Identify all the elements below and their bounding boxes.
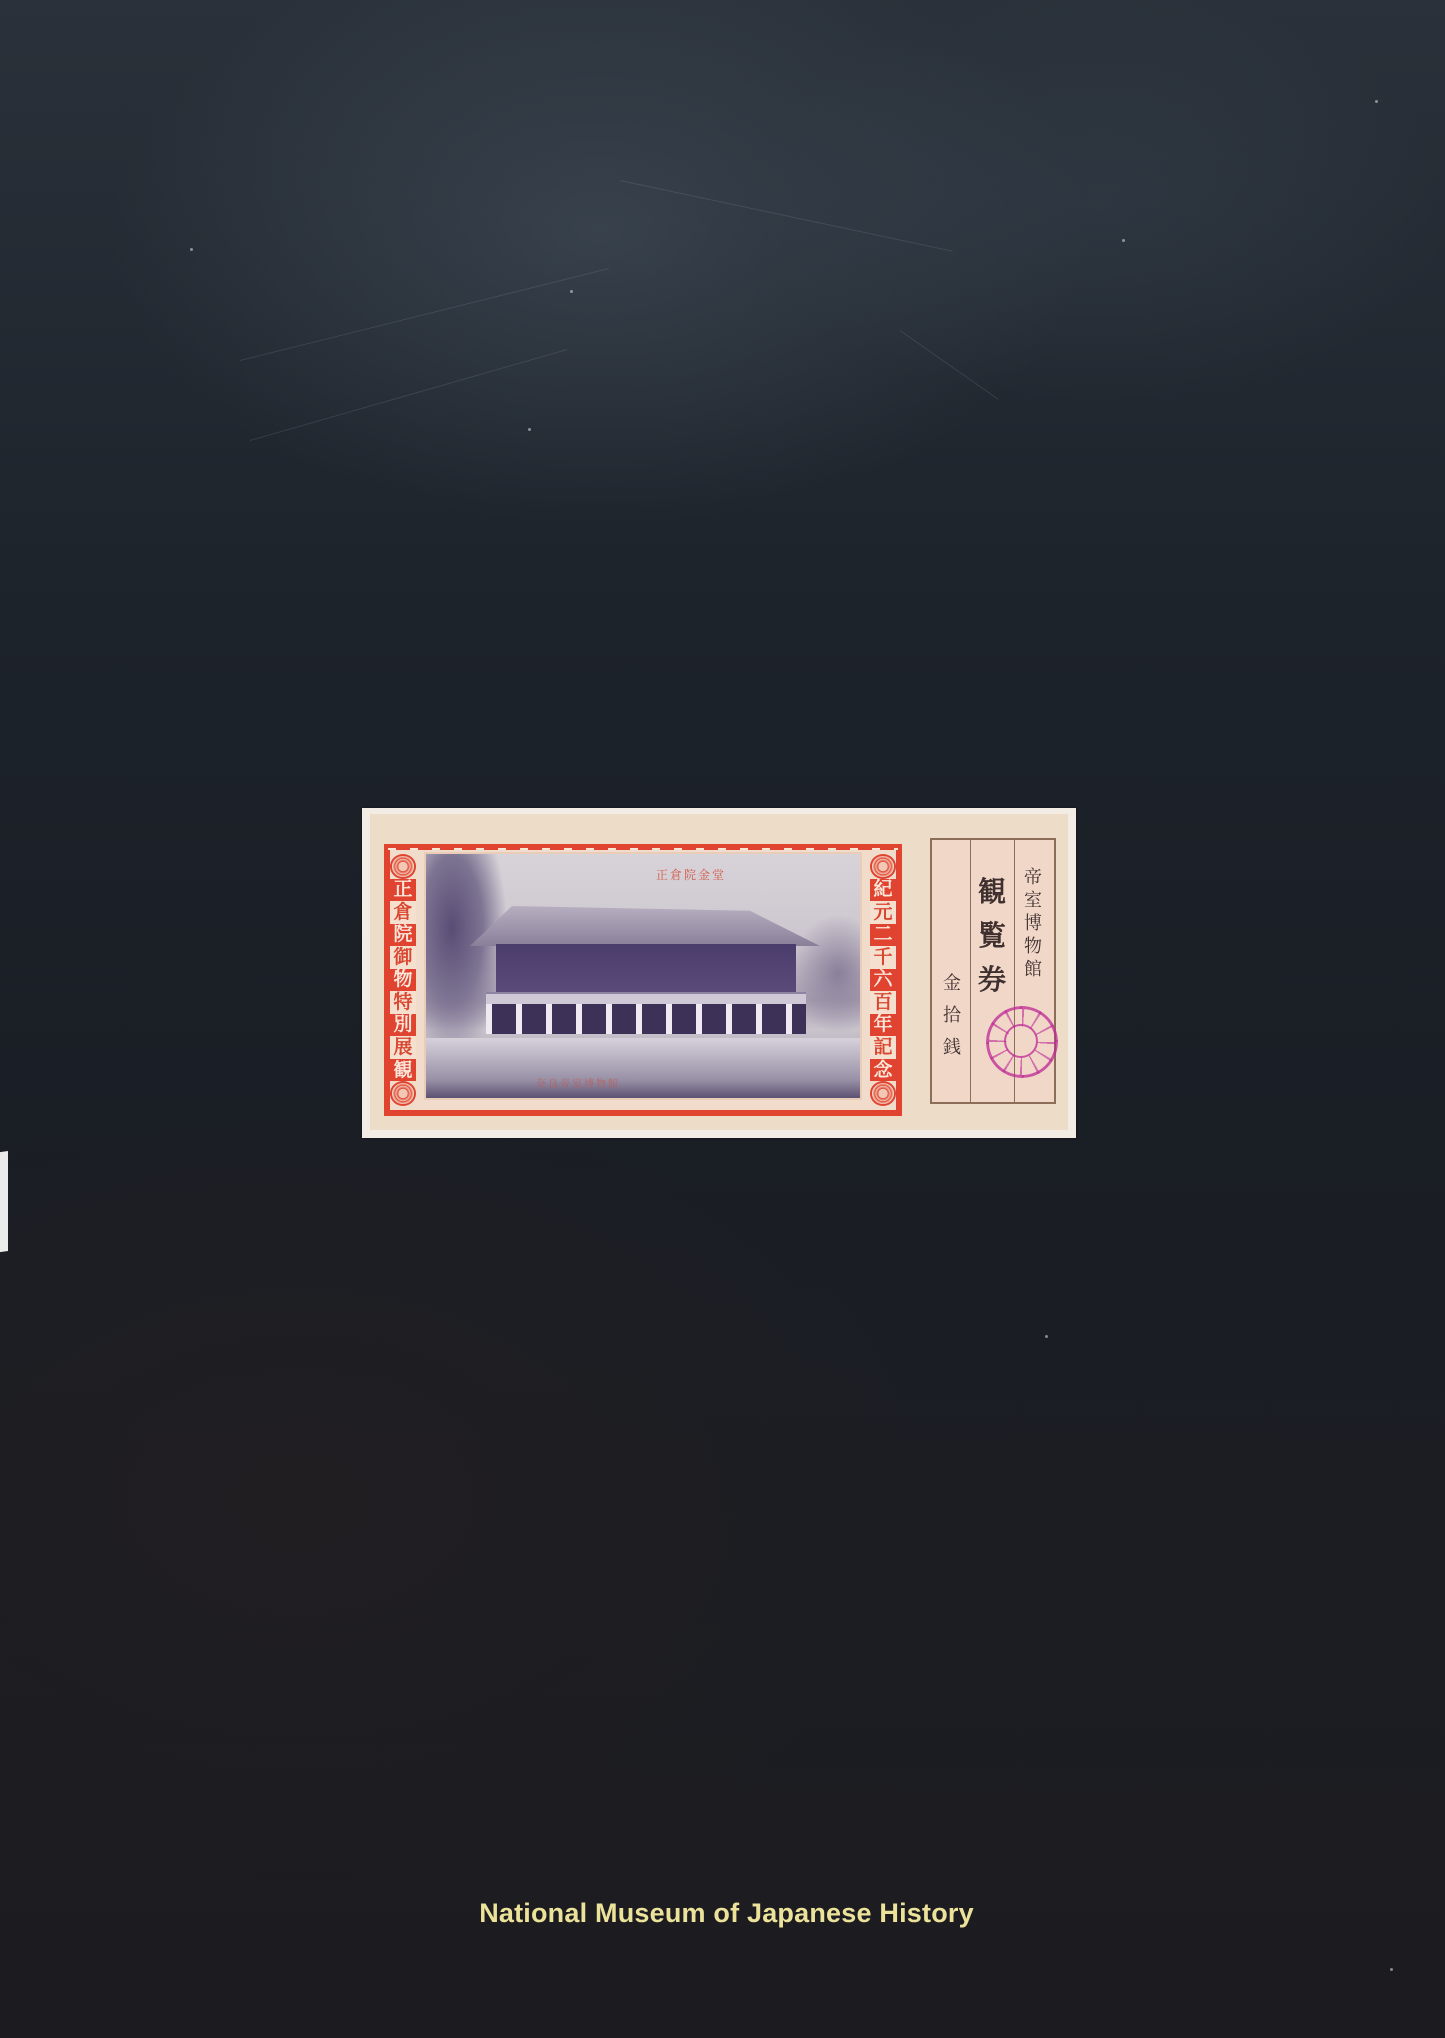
stub-character: 金 <box>943 968 961 1000</box>
banner-character: 院 <box>390 924 416 947</box>
photo-caption-bottom: 奈良帝室博物館 <box>536 1075 620 1090</box>
banner-character: 別 <box>390 1014 416 1037</box>
stub-character: 室 <box>1024 889 1042 912</box>
dust-speck <box>1122 239 1125 242</box>
flower-ornament-icon <box>870 1081 896 1106</box>
stub-character: 物 <box>1024 935 1042 958</box>
hall-roof <box>470 906 820 946</box>
dust-speck <box>528 428 531 431</box>
stub-character: 覧 <box>978 914 1006 958</box>
banner-character: 倉 <box>390 901 416 924</box>
banner-character: 六 <box>870 969 896 992</box>
banner-character: 元 <box>870 901 896 924</box>
stub-character: 帝 <box>1024 866 1042 889</box>
banner-character: 百 <box>870 991 896 1014</box>
stub-character: 券 <box>978 958 1006 1002</box>
banner-character: 念 <box>870 1059 896 1082</box>
stub-character: 館 <box>1024 958 1042 981</box>
dust-speck <box>1045 1335 1048 1338</box>
banner-character: 正 <box>390 879 416 902</box>
stub-character: 拾 <box>943 1000 961 1032</box>
left-banner: 正倉院御物特別展観 <box>388 850 418 1110</box>
banner-character: 紀 <box>870 879 896 902</box>
dust-speck <box>570 290 573 293</box>
right-banner: 紀元二千六百年記念 <box>868 850 898 1110</box>
hall-railing <box>486 992 806 1004</box>
stub-divider <box>970 840 971 1102</box>
stub-character: 博 <box>1024 912 1042 935</box>
ticket-paper: 正倉院御物特別展観 正倉院金堂 奈良帝室博物館 紀元二千六百年記念 帝室博物館 … <box>370 814 1068 1130</box>
stub-character: 観 <box>978 870 1006 914</box>
banner-character: 物 <box>390 969 416 992</box>
stamp-core <box>1004 1024 1038 1058</box>
surface-scratch <box>900 330 999 400</box>
courtyard-ground <box>426 1038 860 1098</box>
photo-caption-top: 正倉院金堂 <box>656 866 726 883</box>
dust-speck <box>1375 100 1378 103</box>
ticket-stub: 帝室博物館 観覧券 金拾銭 <box>930 838 1056 1104</box>
banner-character: 年 <box>870 1014 896 1037</box>
ticket-price: 金拾銭 <box>934 840 970 1102</box>
ticket-picture-frame: 正倉院御物特別展観 正倉院金堂 奈良帝室博物館 紀元二千六百年記念 <box>384 844 902 1116</box>
banner-character: 特 <box>390 991 416 1014</box>
surface-scratch <box>250 349 567 441</box>
flower-ornament-icon <box>390 1081 416 1106</box>
banner-character: 御 <box>390 946 416 969</box>
admission-ticket: 正倉院御物特別展観 正倉院金堂 奈良帝室博物館 紀元二千六百年記念 帝室博物館 … <box>362 808 1076 1138</box>
hall-stilts <box>486 1004 806 1034</box>
banner-character: 記 <box>870 1036 896 1059</box>
temple-photo: 正倉院金堂 奈良帝室博物館 <box>424 852 862 1100</box>
flower-ornament-icon <box>870 854 896 879</box>
dust-speck <box>190 248 193 251</box>
dust-speck <box>1390 1968 1393 1971</box>
banner-character: 千 <box>870 946 896 969</box>
publisher-name: National Museum of Japanese History <box>0 1898 1445 1929</box>
edge-sticker <box>0 1151 8 1253</box>
surface-scratch <box>240 268 609 361</box>
flower-ornament-icon <box>390 854 416 879</box>
banner-character: 観 <box>390 1059 416 1082</box>
stub-character: 銭 <box>943 1032 961 1064</box>
surface-scratch <box>620 180 953 252</box>
banner-character: 二 <box>870 924 896 947</box>
banner-character: 展 <box>390 1036 416 1059</box>
